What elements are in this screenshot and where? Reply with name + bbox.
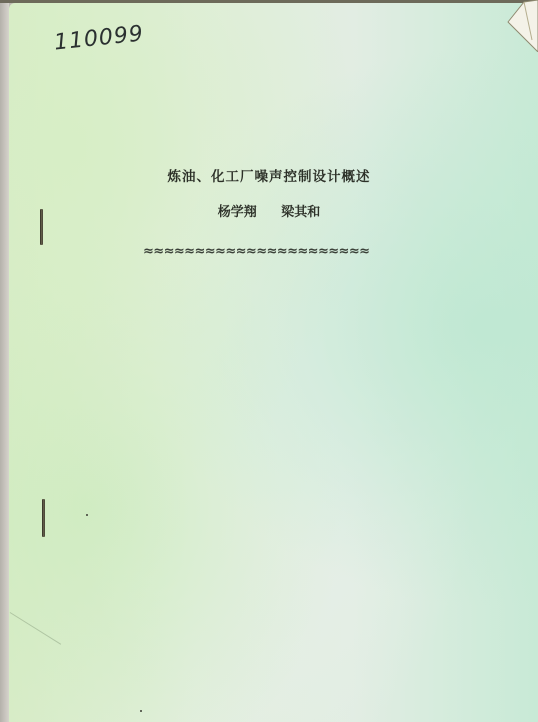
document-cover: [9, 3, 538, 722]
staple-icon: [42, 499, 45, 537]
wavy-divider: ≈≈≈≈≈≈≈≈≈≈≈≈≈≈≈≈≈≈≈≈≈≈: [143, 244, 439, 259]
folded-corner-icon: [498, 0, 538, 52]
ink-speck: [86, 514, 88, 516]
author-name: 梁其和: [281, 205, 320, 220]
top-edge: [0, 0, 538, 3]
author-name: 杨学翔: [218, 205, 257, 220]
staple-icon: [40, 209, 43, 245]
document-title: 炼油、化工厂噪声控制设计概述: [0, 165, 538, 185]
binding-edge: [0, 0, 9, 722]
author-list: 杨学翔 梁其和: [0, 201, 538, 220]
ink-speck: [140, 710, 142, 712]
